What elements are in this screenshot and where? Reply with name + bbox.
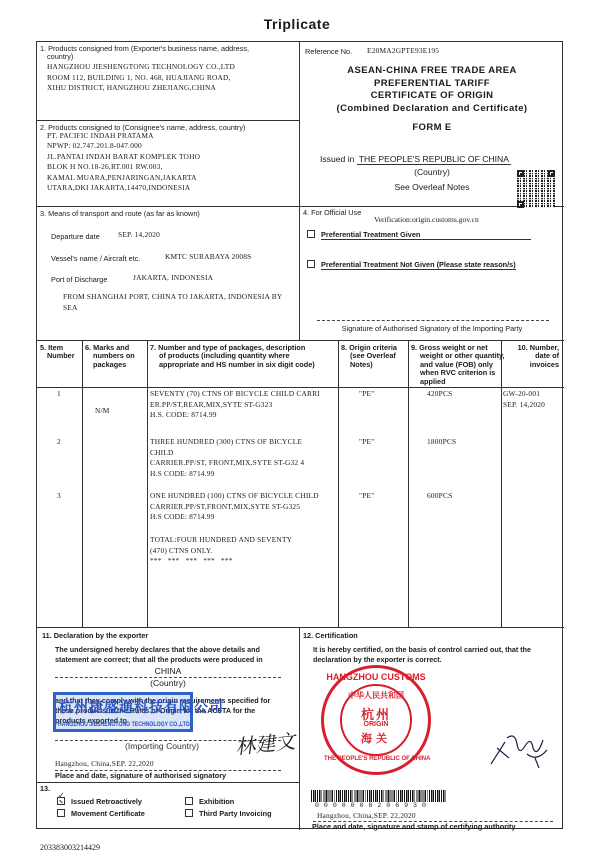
stamp-origin: ORIGIN [324,721,428,728]
col-marks-header: 6. Marks and numbers on packages [85,344,135,369]
exporter-company-stamp: 杭州捷盛通科技有限公司 HANGZHOU JIESHENGTONG TECHNO… [53,692,193,732]
item-number: 2 [57,437,61,448]
exporter-address-line: XIHU DISTRICT, HANGZHOU ZHEJIANG,CHINA [47,83,235,94]
desc-line: H.S. CODE: 8714.99 [150,410,320,421]
option-label: Third Party Invoicing [199,809,272,818]
departure-date: SEP. 14,2020 [118,230,160,241]
divider [37,627,564,628]
option-label: Movement Certificate [71,809,145,818]
preferential-not-given-option[interactable]: Preferential Treatment Not Given (Please… [307,260,516,270]
qr-code [517,170,555,208]
checkbox-unchecked-icon[interactable] [185,797,193,805]
desc-line: CHILD [150,448,304,459]
heading-line: ASEAN-CHINA FREE TRADE AREA [300,65,564,78]
signature-line [317,320,549,321]
header-line: appropriate and HS number in six digit c… [150,361,315,369]
exporter-address-line: ROOM 112, BUILDING 1, NO. 468, HUAJIANG … [47,73,235,84]
stamp-top-text: HANGZHOU CUSTOMS [324,672,428,682]
divider [338,340,339,627]
barcode-digits: 0 0 0 0 0 0 6 2 0 6 9 3 0 [315,802,426,809]
divider [37,206,564,207]
desc-line: H.S CODE: 8714.99 [150,512,319,523]
declaration-line: The undersigned hereby declares that the… [55,645,295,655]
exhibition-option[interactable]: Exhibition [185,797,234,806]
vessel-name: KMTC SURABAYA 2008S [165,252,252,263]
reference-label: Reference No. [305,48,352,56]
certification-text: It is hereby certified, on the basis of … [313,645,561,665]
header-line: packages [85,361,135,369]
box1-label-line: 1. Products consigned from (Exporter's b… [40,45,298,53]
country-caption: (Country) [37,678,299,688]
desc-line: THREE HUNDRED (300) CTNS OF BICYCLE [150,437,304,448]
box4-label: 4. For Official Use [303,209,361,217]
col-quantity-header: 9. Gross weight or net weight or other q… [411,344,505,386]
issued-in-country: THE PEOPLE'S REPUBLIC OF CHINA [357,154,511,165]
certifier-place-caption: Place and date, signature and stamp of c… [312,823,516,831]
quantity: 1800PCS [427,437,456,448]
importing-country-caption: (Importing Country) [125,741,199,751]
divider [408,340,409,627]
stamp-customs: 海关 [324,730,428,746]
col-invoice-header: 10. Number, date of invoices [507,344,559,369]
col-origin-header: 8. Origin criteria (see Overleaf Notes) [341,344,397,369]
total-line: TOTAL:FOUR HUNDRED AND SEVENTY [150,535,292,546]
certification-line: declaration by the exporter is correct. [313,655,561,665]
invoice-info: GW-20-001 SEP. 14,2020 [503,389,545,410]
certificate-form: 1. Products consigned from (Exporter's b… [36,41,563,829]
producing-country: CHINA [37,666,299,676]
option-label: Preferential Treatment Given [321,231,531,240]
port-label: Port of Discharge [51,276,107,284]
exporter-declaration: The undersigned hereby declares that the… [55,645,295,665]
exporter-place-date: Hangzhou, China,SEP. 22,2020 [55,759,154,770]
item-description: THREE HUNDRED (300) CTNS OF BICYCLE CHIL… [150,437,304,479]
certification-line: It is hereby certified, on the basis of … [313,645,561,655]
consignee-address: PT. PACIFIC INDAH PRATAMA NPWP: 02.747.2… [47,131,200,193]
consignee-line: KAMAL MUARA,PENJARINGAN,JAKARTA [47,173,200,183]
stamp-arc-text: 中华人民共和国 [324,690,428,701]
option-label: Issued Retroactively [71,797,142,806]
checkbox-unchecked-icon[interactable] [185,809,193,817]
origin-criterion: "PE" [359,437,374,448]
checkbox-unchecked-icon[interactable] [307,260,315,268]
route-line: SEA [63,303,282,314]
item-number: 1 [57,389,61,400]
certifier-place-date: Hangzhou, China,SEP. 22,2020 [317,811,416,822]
box12-label: 12. Certification [303,632,358,640]
customs-stamp: HANGZHOU CUSTOMS 中华人民共和国 杭州 ORIGIN 海关 TH… [321,665,431,775]
header-line: invoices [507,361,559,369]
port-of-discharge: JAKARTA, INDONESIA [133,273,213,284]
exporter-address: HANGZHOU JIESHENGTONG TECHNOLOGY CO.,LTD… [47,62,235,94]
consignee-line: NPWP: 02.747.201.8-047.000 [47,141,200,151]
checkbox-unchecked-icon[interactable] [57,809,65,817]
issued-in-label: Issued in [320,154,354,164]
box13-label: 13. [40,785,50,793]
checkbox-checked-icon[interactable] [57,797,65,805]
stamp-bottom-text: THE PEOPLE'S REPUBLIC OF CHINA [324,756,428,762]
document-title: Triplicate [0,16,594,32]
qr-finder [548,170,555,177]
route: FROM SHANGHAI PORT, CHINA TO JAKARTA, IN… [63,292,282,313]
quantity: 600PCS [427,491,452,502]
item-description: ONE HUNDRED (100) CTNS OF BICYCLE CHILD … [150,491,319,523]
verification-url: Verification:origin.customs.gov.cn [374,215,479,224]
declaration-line: statement are correct; that all the prod… [55,655,295,665]
signature-stroke [491,736,547,768]
divider [37,120,299,121]
qr-finder [517,201,524,208]
header-line: applied [411,378,505,386]
reference-number: E20MA2GPTE93E195 [367,46,439,57]
option-label: Preferential Treatment Not Given (Please… [321,261,516,270]
desc-line: ONE HUNDRED (100) CTNS OF BICYCLE CHILD [150,491,319,502]
desc-line: CARRIER.PP/ST, FRONT,MIX,SYTE ST-G32 4 [150,458,304,469]
issued-retroactively-option[interactable]: Issued Retroactively [57,797,142,806]
header-line: Notes) [341,361,397,369]
route-line: FROM SHANGHAI PORT, CHINA TO JAKARTA, IN… [63,292,282,303]
third-party-invoicing-option[interactable]: Third Party Invoicing [185,809,272,818]
divider [82,340,83,627]
box1-label: 1. Products consigned from (Exporter's b… [40,45,298,62]
certifier-signature [487,728,551,772]
desc-line: SEVENTY (70) CTNS OF BICYCLE CHILD CARRI [150,389,320,400]
heading-line: CERTIFICATE OF ORIGIN [300,90,564,103]
departure-date-label: Departure date [51,233,100,241]
header-line: Number [40,352,75,360]
qr-finder [517,170,524,177]
issued-in: Issued in THE PEOPLE'S REPUBLIC OF CHINA [320,154,511,165]
origin-criterion: "PE" [359,389,374,400]
consignee-line: UTARA,DKI JAKARTA,14470,INDONESIA [47,183,200,193]
total-line: *** *** *** *** *** [150,556,292,567]
barcode [311,790,447,802]
item-description: SEVENTY (70) CTNS OF BICYCLE CHILD CARRI… [150,389,320,421]
quantity: 420PCS [427,389,452,400]
box11-label: 11. Declaration by the exporter [42,632,148,640]
option-label: Exhibition [199,797,234,806]
invoice-number: GW-20-001 [503,389,545,400]
box1-label-line: country) [40,53,298,61]
heading-line: PREFERENTIAL TARIFF [300,78,564,91]
total-description: TOTAL:FOUR HUNDRED AND SEVENTY (470) CTN… [150,535,292,567]
preferential-given-option[interactable]: Preferential Treatment Given [307,230,531,240]
consignee-name: PT. PACIFIC INDAH PRATAMA [47,131,200,141]
footer-number: 203383003214429 [40,843,100,852]
origin-criterion: "PE" [359,491,374,502]
consignee-line: BLOK H NO.18-26,RT.001 RW.003, [47,162,200,172]
vessel-label: Vessel's name / Aircraft etc. [51,255,140,263]
movement-certificate-option[interactable]: Movement Certificate [57,809,145,818]
stamp-chinese-name: 杭州捷盛通科技有限公司 [59,697,224,717]
col-item-header: 5. Item Number [40,344,75,361]
divider [299,627,300,830]
checkbox-unchecked-icon[interactable] [307,230,315,238]
desc-line: H.S CODE: 8714.99 [150,469,304,480]
consignee-line: JL.PANTAI INDAH BARAT KOMPLEK TOHO [47,152,200,162]
certificate-heading: ASEAN-CHINA FREE TRADE AREA PREFERENTIAL… [300,65,564,135]
stamp-english-name: HANGZHOU JIESHENGTONG TECHNOLOGY CO.,LTD [58,721,190,728]
desc-line: ER.PP/ST,REAR,MIX,SYTE ST-G323 [150,400,320,411]
exporter-signature: 林建文 [234,725,297,760]
form-name: FORM E [300,122,564,135]
divider [147,340,148,627]
divider [37,387,564,388]
box3-label: 3. Means of transport and route (as far … [40,210,200,218]
invoice-date: SEP. 14,2020 [503,400,545,411]
total-line: (470) CTNS ONLY. [150,546,292,557]
divider [37,782,299,783]
exporter-name: HANGZHOU JIESHENGTONG TECHNOLOGY CO.,LTD [47,62,235,73]
col-description-header: 7. Number and type of packages, descript… [150,344,315,369]
exporter-place-caption: Place and date, signature of authorised … [55,772,226,780]
item-number: 3 [57,491,61,502]
heading-line: (Combined Declaration and Certificate) [300,103,564,116]
divider [37,340,564,341]
desc-line: CARRIER.PP/ST,FRONT,MIX,SYTE ST-G325 [150,502,319,513]
importer-signature-caption: Signature of Authorised Signatory of the… [300,325,564,333]
marks-value: N/M [95,406,110,417]
